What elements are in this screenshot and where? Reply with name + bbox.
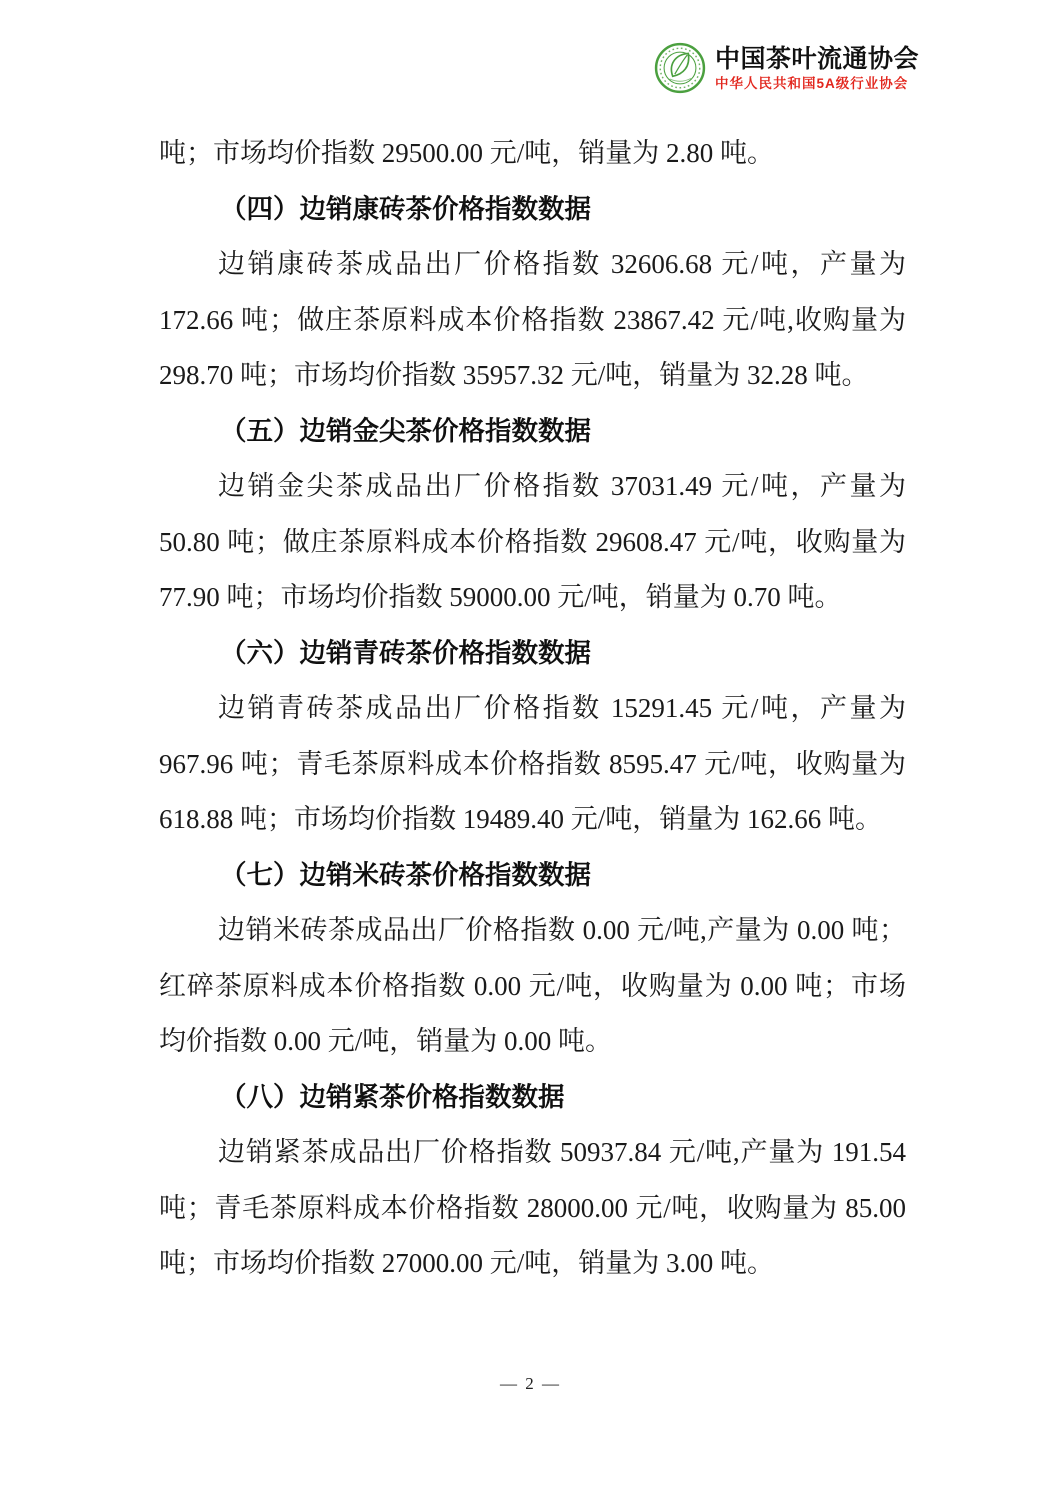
section-heading: （六）边销青砖茶价格指数数据 <box>159 626 906 682</box>
text-line: 边销康砖茶成品出厂价格指数 32606.68 元/吨，产量为 <box>159 237 906 293</box>
text-line: 50.80 吨；做庄茶原料成本价格指数 29608.47 元/吨，收购量为 <box>159 515 906 571</box>
text-line: 吨；青毛茶原料成本价格指数 28000.00 元/吨，收购量为 85.00 <box>159 1181 906 1237</box>
page-number: — 2 — <box>500 1374 561 1393</box>
letterhead: 中国茶叶流通协会 中华人民共和国5A级行业协会 <box>654 42 919 94</box>
text-line: 边销紧茶成品出厂价格指数 50937.84 元/吨,产量为 191.54 <box>159 1125 906 1181</box>
text-line: 红碎茶原料成本价格指数 0.00 元/吨，收购量为 0.00 吨；市场 <box>159 959 906 1015</box>
text-line: 均价指数 0.00 元/吨，销量为 0.00 吨。 <box>159 1014 906 1070</box>
text-line: 吨；市场均价指数 27000.00 元/吨，销量为 3.00 吨。 <box>159 1236 906 1292</box>
tea-association-logo-icon <box>654 42 706 94</box>
section-heading: （七）边销米砖茶价格指数数据 <box>159 848 906 904</box>
text-line: 618.88 吨；市场均价指数 19489.40 元/吨，销量为 162.66 … <box>159 792 906 848</box>
org-text-block: 中国茶叶流通协会 中华人民共和国5A级行业协会 <box>715 46 919 91</box>
text-line: 967.96 吨；青毛茶原料成本价格指数 8595.47 元/吨，收购量为 <box>159 737 906 793</box>
section-heading: （五）边销金尖茶价格指数数据 <box>159 404 906 460</box>
text-line: 77.90 吨；市场均价指数 59000.00 元/吨，销量为 0.70 吨。 <box>159 570 906 626</box>
text-line: 298.70 吨；市场均价指数 35957.32 元/吨，销量为 32.28 吨… <box>159 348 906 404</box>
org-name: 中国茶叶流通协会 <box>715 46 919 73</box>
text-line: 172.66 吨；做庄茶原料成本价格指数 23867.42 元/吨,收购量为 <box>159 293 906 349</box>
section-heading: （四）边销康砖茶价格指数数据 <box>159 182 906 238</box>
document-body: 吨；市场均价指数 29500.00 元/吨，销量为 2.80 吨。（四）边销康砖… <box>159 126 906 1292</box>
text-line: 边销米砖茶成品出厂价格指数 0.00 元/吨,产量为 0.00 吨； <box>159 903 906 959</box>
text-line: 吨；市场均价指数 29500.00 元/吨，销量为 2.80 吨。 <box>159 126 906 182</box>
page-footer: — 2 — <box>0 1374 1061 1394</box>
text-line: 边销金尖茶成品出厂价格指数 37031.49 元/吨，产量为 <box>159 459 906 515</box>
section-heading: （八）边销紧茶价格指数数据 <box>159 1070 906 1126</box>
document-page: 中国茶叶流通协会 中华人民共和国5A级行业协会 吨；市场均价指数 29500.0… <box>0 0 1061 1500</box>
org-subtitle: 中华人民共和国5A级行业协会 <box>715 76 919 91</box>
text-line: 边销青砖茶成品出厂价格指数 15291.45 元/吨，产量为 <box>159 681 906 737</box>
